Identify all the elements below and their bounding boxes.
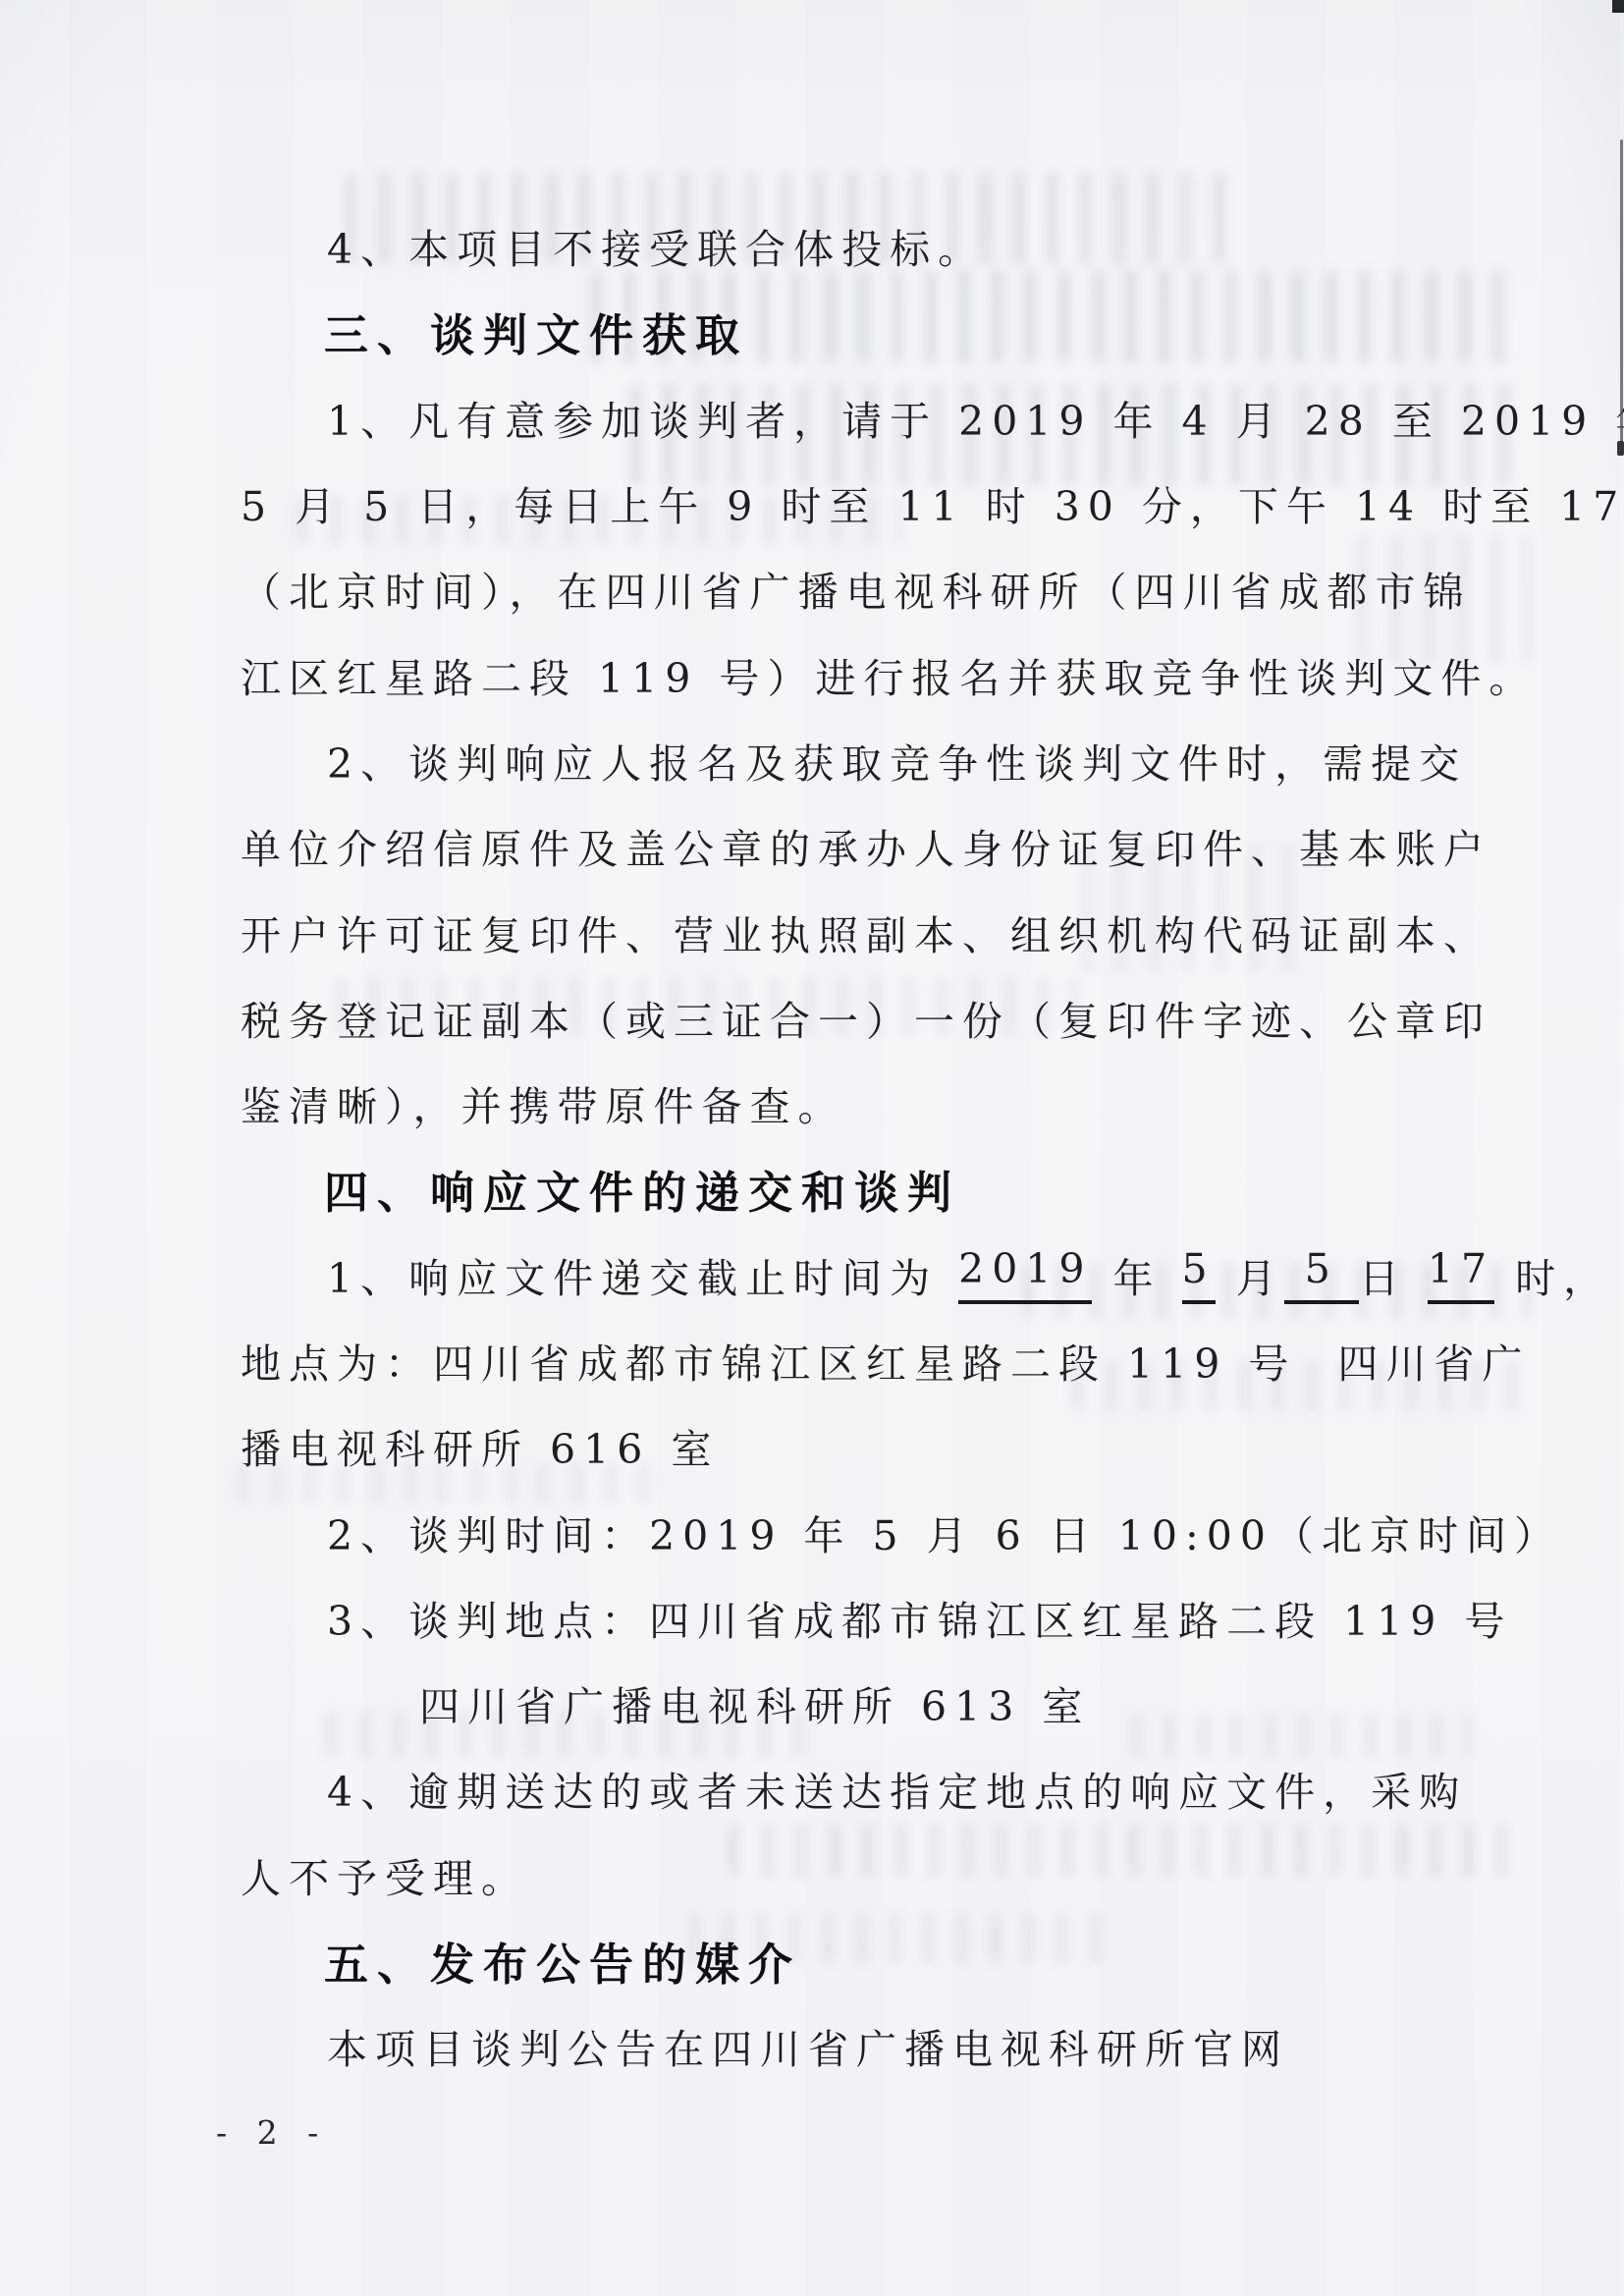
text-run: 3、谈判地点：四川省成都市锦江区红星路二段 119 号 bbox=[327, 1589, 1512, 1647]
text-run: 江区红星路二段 119 号）进行报名并获取竞争性谈判文件。 bbox=[241, 646, 1537, 704]
text-run: 本项目谈判公告在四川省广播电视科研所官网 bbox=[327, 2017, 1289, 2075]
s4-item-1-line-1: 1、响应文件递交截止时间为 2019 年 5 月 5 日 17 时， bbox=[241, 1232, 1624, 1318]
s4-item-3-line-1: 3、谈判地点：四川省成都市锦江区红星路二段 119 号 bbox=[241, 1575, 1624, 1661]
text-run: 日 bbox=[1359, 1246, 1428, 1304]
s4-item-3-line-2: 四川省广播电视科研所 613 室 bbox=[241, 1661, 1624, 1746]
s4-item-4-line-1: 4、逾期送达的或者未送达指定地点的响应文件，采购 bbox=[241, 1746, 1624, 1831]
s3-item-2-line-2: 单位介绍信原件及盖公章的承办人身份证复印件、基本账户 bbox=[241, 803, 1624, 889]
text-run: 1、凡有意参加谈判者，请于 2019 年 4 月 28 至 2019 年 bbox=[327, 389, 1624, 447]
s4-item-4-line-2: 人不予受理。 bbox=[241, 1832, 1624, 1918]
text-run: 地点为：四川省成都市锦江区红星路二段 119 号 四川省广 bbox=[241, 1332, 1530, 1390]
scanned-document-page: 4、本项目不接受联合体投标。三、谈判文件获取1、凡有意参加谈判者，请于 2019… bbox=[0, 0, 1624, 2296]
text-run: 5 月 5 日，每日上午 9 时至 11 时 30 分，下午 14 时至 17 … bbox=[241, 474, 1624, 532]
text-run: 4、本项目不接受联合体投标。 bbox=[327, 217, 986, 275]
text-run: 人不予受理。 bbox=[241, 1846, 529, 1904]
text-run: 五、发布公告的媒介 bbox=[324, 1929, 801, 1993]
text-run: 播电视科研所 616 室 bbox=[241, 1417, 719, 1475]
s4-item-1-line-3: 播电视科研所 616 室 bbox=[241, 1403, 1624, 1489]
scan-corner-mark bbox=[1612, 0, 1624, 13]
text-run: 税务登记证副本（或三证合一）一份（复印件字迹、公章印 bbox=[241, 989, 1491, 1047]
text-run: 四川省广播电视科研所 613 室 bbox=[419, 1674, 1090, 1732]
text-run: 三、谈判文件获取 bbox=[324, 300, 748, 363]
text-run: 鉴清晰），并携带原件备查。 bbox=[241, 1074, 846, 1132]
underlined-value: 2019 bbox=[958, 1245, 1092, 1304]
text-run: 1、响应文件递交截止时间为 bbox=[327, 1246, 958, 1304]
section-heading-4: 四、响应文件的递交和谈判 bbox=[241, 1146, 1624, 1231]
text-run: 2、谈判时间：2019 年 5 月 6 日 10:00（北京时间） bbox=[327, 1503, 1562, 1561]
s3-item-1-line-4: 江区红星路二段 119 号）进行报名并获取竞争性谈判文件。 bbox=[241, 631, 1624, 717]
document-text: 4、本项目不接受联合体投标。三、谈判文件获取1、凡有意参加谈判者，请于 2019… bbox=[241, 203, 1624, 2175]
text-run: 月 bbox=[1216, 1246, 1284, 1304]
text-run: 时， bbox=[1494, 1246, 1611, 1304]
scan-edge-line bbox=[1620, 139, 1623, 456]
s4-item-1-line-2: 地点为：四川省成都市锦江区红星路二段 119 号 四川省广 bbox=[241, 1318, 1624, 1403]
underlined-value: 5 bbox=[1182, 1245, 1216, 1304]
s3-item-1-line-1: 1、凡有意参加谈判者，请于 2019 年 4 月 28 至 2019 年 bbox=[241, 375, 1624, 461]
text-run: 4、逾期送达的或者未送达指定地点的响应文件，采购 bbox=[327, 1760, 1467, 1818]
s3-item-1-line-2: 5 月 5 日，每日上午 9 时至 11 时 30 分，下午 14 时至 17 … bbox=[241, 461, 1624, 546]
s5-paragraph-line-1: 本项目谈判公告在四川省广播电视科研所官网 bbox=[241, 2003, 1624, 2089]
text-run: 2、谈判响应人报名及获取竞争性谈判文件时，需提交 bbox=[327, 732, 1467, 790]
scan-edge-dash bbox=[1617, 441, 1624, 456]
text-run: 年 bbox=[1092, 1246, 1181, 1304]
text-run: - 2 - bbox=[216, 2113, 328, 2152]
s3-item-2-line-4: 税务登记证副本（或三证合一）一份（复印件字迹、公章印 bbox=[241, 975, 1624, 1061]
text-run: 单位介绍信原件及盖公章的承办人身份证复印件、基本账户 bbox=[241, 817, 1491, 875]
clause-item-4: 4、本项目不接受联合体投标。 bbox=[241, 203, 1624, 289]
text-run: 四、响应文件的递交和谈判 bbox=[324, 1157, 960, 1221]
page-number: - 2 - bbox=[216, 2090, 1624, 2175]
s4-item-2: 2、谈判时间：2019 年 5 月 6 日 10:00（北京时间） bbox=[241, 1489, 1624, 1574]
underlined-value: 17 bbox=[1428, 1245, 1494, 1304]
section-heading-5: 五、发布公告的媒介 bbox=[241, 1918, 1624, 2003]
text-run: （北京时间），在四川省广播电视科研所（四川省成都市锦 bbox=[241, 560, 1472, 618]
section-heading-3: 三、谈判文件获取 bbox=[241, 289, 1624, 374]
text-run: 开户许可证复印件、营业执照副本、组织机构代码证副本、 bbox=[241, 903, 1491, 961]
s3-item-2-line-3: 开户许可证复印件、营业执照副本、组织机构代码证副本、 bbox=[241, 889, 1624, 974]
s3-item-2-line-1: 2、谈判响应人报名及获取竞争性谈判文件时，需提交 bbox=[241, 718, 1624, 803]
s3-item-2-line-5: 鉴清晰），并携带原件备查。 bbox=[241, 1061, 1624, 1146]
underlined-value: 5 bbox=[1284, 1245, 1359, 1304]
s3-item-1-line-3: （北京时间），在四川省广播电视科研所（四川省成都市锦 bbox=[241, 546, 1624, 631]
